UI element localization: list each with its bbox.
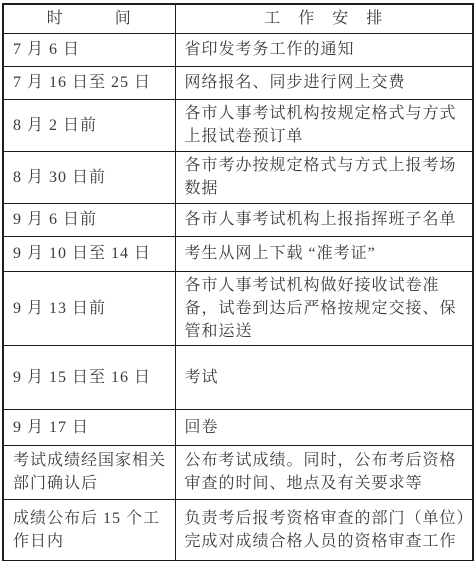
work-cell: 各市人事考试机构按规定格式与方式上报试卷预订单 bbox=[175, 99, 473, 151]
work-cell: 各市人事考试机构做好接收试卷准备，试卷到达后严格按规定交接、保管和运送 bbox=[175, 271, 473, 345]
time-cell: 9 月 6 日前 bbox=[3, 203, 175, 236]
table-row: 成绩公布后 15 个工作日内 负责考后报考资格审查的部门（单位）完成对成绩合格人… bbox=[3, 499, 473, 561]
time-cell: 7 月 6 日 bbox=[3, 33, 175, 66]
time-cell: 9 月 13 日前 bbox=[3, 271, 175, 345]
time-cell: 9 月 17 日 bbox=[3, 409, 175, 445]
table-row: 8 月 2 日前 各市人事考试机构按规定格式与方式上报试卷预订单 bbox=[3, 99, 473, 151]
table-row: 考试成绩经国家相关部门确认后 公布考试成绩。同时，公布考后资格审查的时间、地点及… bbox=[3, 445, 473, 499]
table-row: 7 月 16 日至 25 日 网络报名、同步进行网上交费 bbox=[3, 66, 473, 99]
time-cell: 成绩公布后 15 个工作日内 bbox=[3, 499, 175, 561]
table-row: 9 月 6 日前 各市人事考试机构上报指挥班子名单 bbox=[3, 203, 473, 236]
work-cell: 各市考办按规定格式与方式上报考场数据 bbox=[175, 151, 473, 203]
work-cell: 负责考后报考资格审查的部门（单位）完成对成绩合格人员的资格审查工作 bbox=[175, 499, 473, 561]
table-row: 8 月 30 日前 各市考办按规定格式与方式上报考场数据 bbox=[3, 151, 473, 203]
table-row: 9 月 10 日至 14 日 考生从网上下载 “准考证” bbox=[3, 236, 473, 271]
work-cell: 考生从网上下载 “准考证” bbox=[175, 236, 473, 271]
work-cell: 省印发考务工作的通知 bbox=[175, 33, 473, 66]
time-cell: 9 月 10 日至 14 日 bbox=[3, 236, 175, 271]
work-column-header: 工 作 安 排 bbox=[175, 4, 473, 33]
time-cell: 8 月 30 日前 bbox=[3, 151, 175, 203]
work-cell: 公布考试成绩。同时，公布考后资格审查的时间、地点及有关要求等 bbox=[175, 445, 473, 499]
exam-schedule-table: 时 间 工 作 安 排 7 月 6 日 省印发考务工作的通知 7 月 16 日至… bbox=[2, 3, 474, 561]
work-cell: 网络报名、同步进行网上交费 bbox=[175, 66, 473, 99]
table-row: 9 月 15 日至 16 日 考试 bbox=[3, 345, 473, 409]
table-row: 9 月 13 日前 各市人事考试机构做好接收试卷准备，试卷到达后严格按规定交接、… bbox=[3, 271, 473, 345]
work-cell: 回卷 bbox=[175, 409, 473, 445]
work-cell: 考试 bbox=[175, 345, 473, 409]
time-cell: 考试成绩经国家相关部门确认后 bbox=[3, 445, 175, 499]
table-row: 7 月 6 日 省印发考务工作的通知 bbox=[3, 33, 473, 66]
table-row: 9 月 17 日 回卷 bbox=[3, 409, 473, 445]
time-cell: 7 月 16 日至 25 日 bbox=[3, 66, 175, 99]
time-cell: 8 月 2 日前 bbox=[3, 99, 175, 151]
time-cell: 9 月 15 日至 16 日 bbox=[3, 345, 175, 409]
table-header-row: 时 间 工 作 安 排 bbox=[3, 4, 473, 33]
time-column-header: 时 间 bbox=[3, 4, 175, 33]
work-cell: 各市人事考试机构上报指挥班子名单 bbox=[175, 203, 473, 236]
